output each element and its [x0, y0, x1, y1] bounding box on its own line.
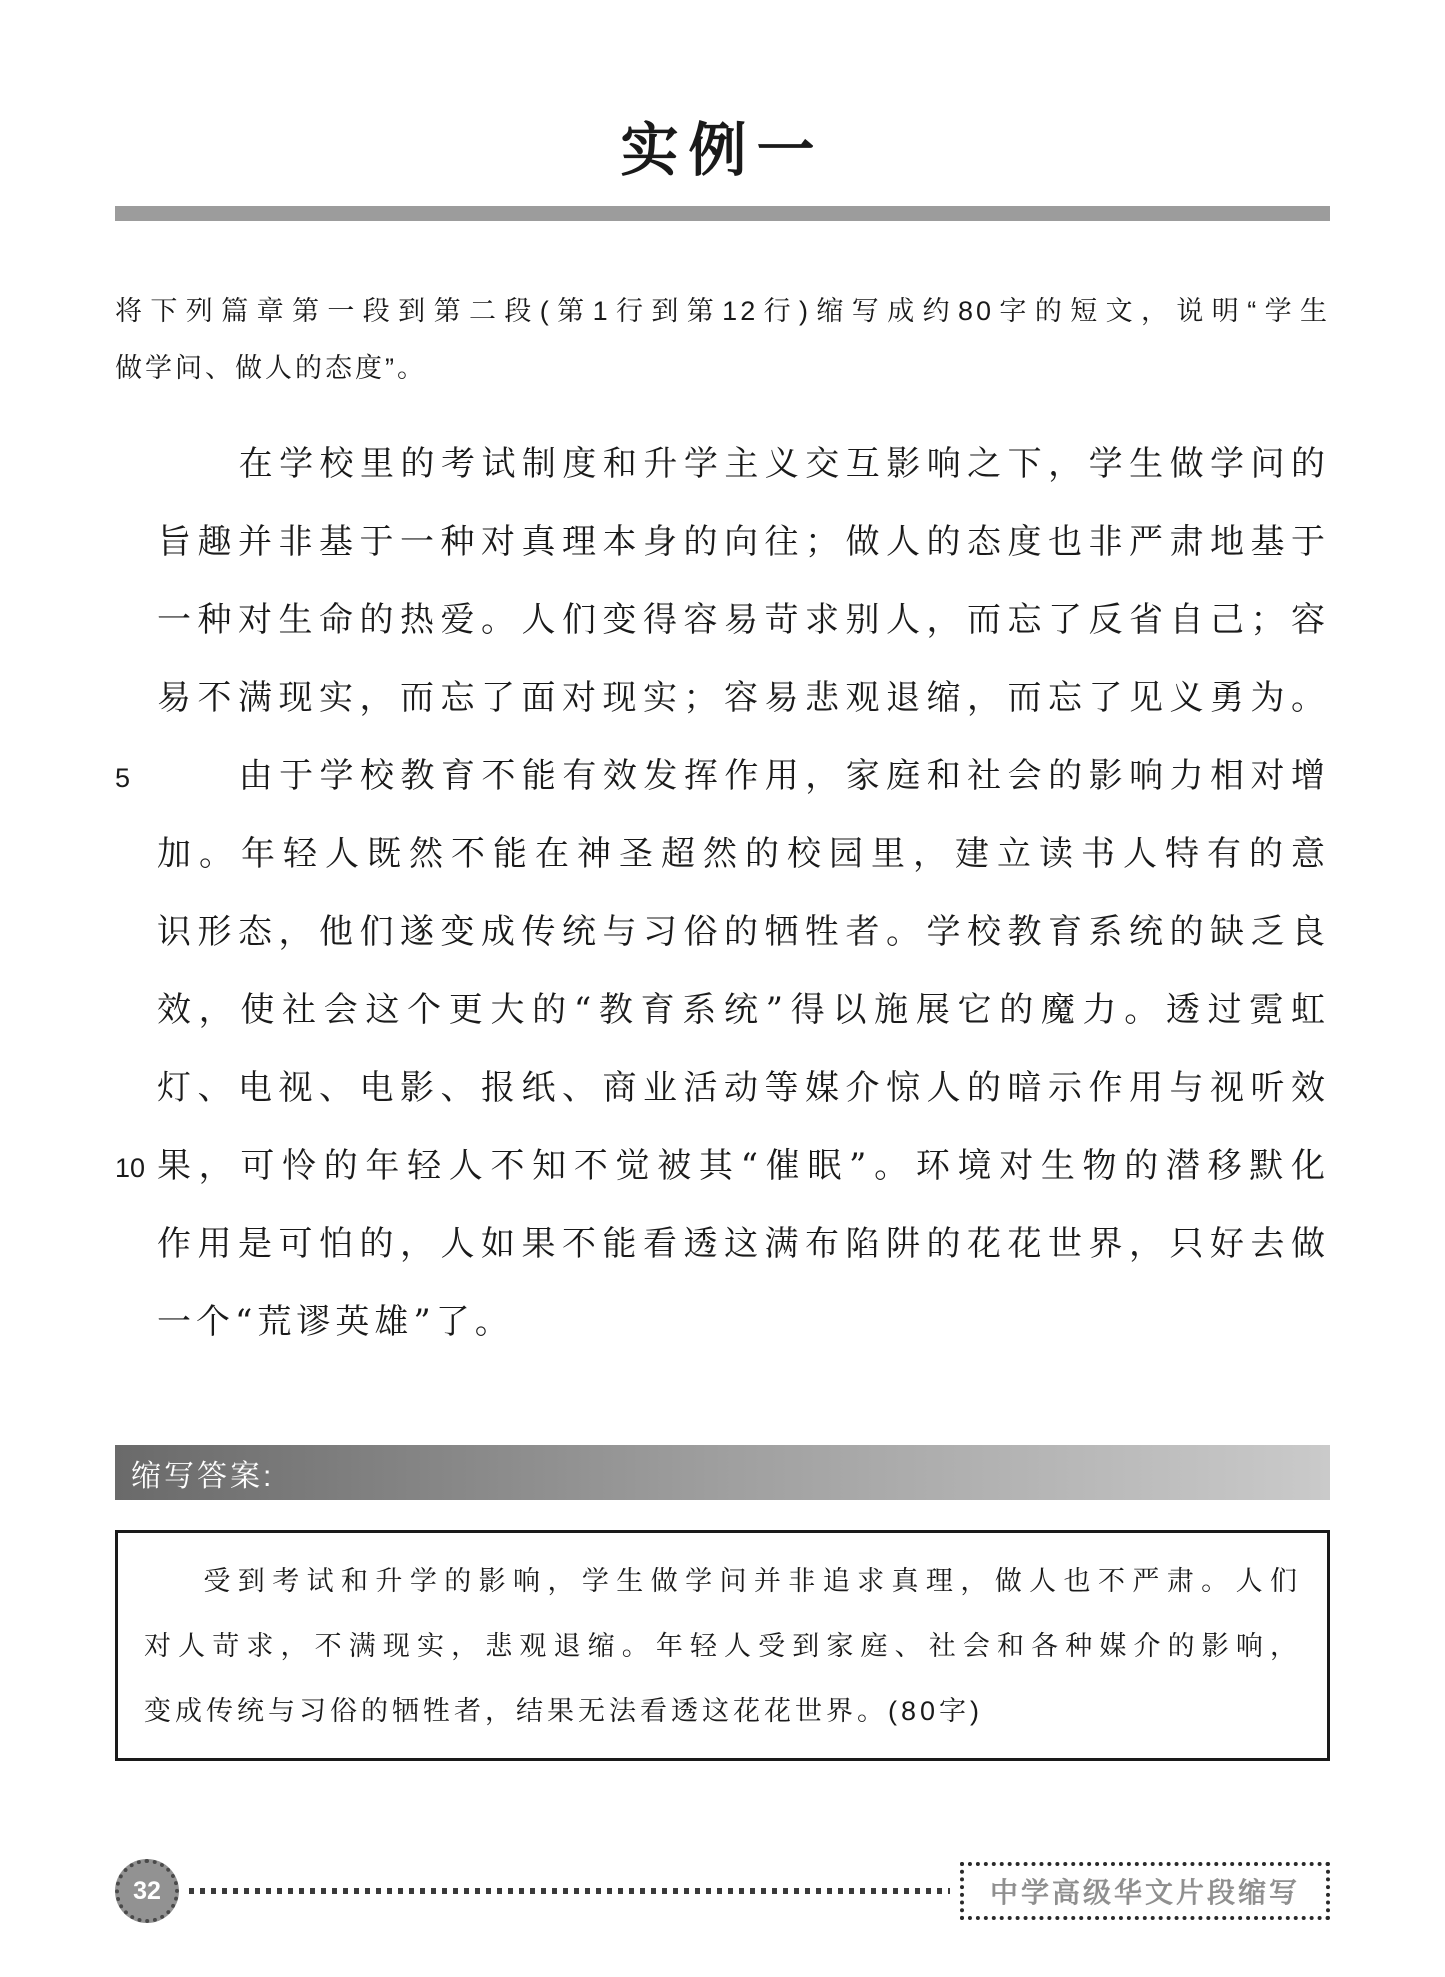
page-title: 实例一 — [115, 112, 1330, 190]
passage-line: 加。年轻人既然不能在神圣超然的校园里，建立读书人特有的意 — [157, 815, 1330, 893]
passage-row: 一个“荒谬英雄”了。 — [115, 1283, 1330, 1361]
passage-row: 效，使社会这个更大的“教育系统”得以施展它的魔力。透过霓虹 — [115, 971, 1330, 1049]
passage-line: 灯、电视、电影、报纸、商业活动等媒介惊人的暗示作用与视听效 — [157, 1049, 1330, 1127]
passage-row: 加。年轻人既然不能在神圣超然的校园里，建立读书人特有的意 — [115, 815, 1330, 893]
line-number-marker-5: 5 — [115, 739, 157, 817]
passage-row: 识形态，他们遂变成传统与习俗的牺牲者。学校教育系统的缺乏良 — [115, 893, 1330, 971]
passage-line: 一种对生命的热爱。人们变得容易苛求别人，而忘了反省自己；容 — [157, 581, 1330, 659]
page-number-badge: 32 — [115, 1859, 179, 1923]
passage-row: 旨趣并非基于一种对真理本身的向往；做人的态度也非严肃地基于 — [115, 503, 1330, 581]
book-title: 中学高级华文片段缩写 — [990, 1871, 1300, 1911]
passage-line: 在学校里的考试制度和升学主义交互影响之下，学生做学问的 — [157, 425, 1330, 503]
passage-row: 作用是可怕的，人如果不能看透这满布陷阱的花花世界，只好去做 — [115, 1205, 1330, 1283]
passage-line: 识形态，他们遂变成传统与习俗的牺牲者。学校教育系统的缺乏良 — [157, 893, 1330, 971]
answer-header-bar: 缩写答案: — [115, 1445, 1330, 1500]
textbook-page: 实例一 将下列篇章第一段到第二段(第1行到第12行)缩写成约80字的短文，说明“… — [0, 0, 1445, 1977]
passage-line: 果，可怜的年轻人不知不觉被其“催眠”。环境对生物的潜移默化 — [157, 1127, 1330, 1205]
passage: 在学校里的考试制度和升学主义交互影响之下，学生做学问的 旨趣并非基于一种对真理本… — [115, 425, 1330, 1361]
passage-row: 在学校里的考试制度和升学主义交互影响之下，学生做学问的 — [115, 425, 1330, 503]
answer-line: 对人苛求，不满现实，悲观退缩。年轻人受到家庭、社会和各种媒介的影响， — [144, 1614, 1301, 1679]
answer-header-label: 缩写答案: — [115, 1451, 274, 1495]
answer-line: 受到考试和升学的影响，学生做学问并非追求真理，做人也不严肃。人们 — [144, 1549, 1301, 1614]
passage-line: 一个“荒谬英雄”了。 — [157, 1283, 1330, 1361]
task-instruction: 将下列篇章第一段到第二段(第1行到第12行)缩写成约80字的短文，说明“学生 做… — [115, 283, 1330, 397]
passage-row: 易不满现实，而忘了面对现实；容易悲观退缩，而忘了见义勇为。 — [115, 659, 1330, 737]
passage-line: 作用是可怕的，人如果不能看透这满布陷阱的花花世界，只好去做 — [157, 1205, 1330, 1283]
passage-line: 由于学校教育不能有效发挥作用，家庭和社会的影响力相对增 — [157, 737, 1330, 815]
passage-line: 旨趣并非基于一种对真理本身的向往；做人的态度也非严肃地基于 — [157, 503, 1330, 581]
title-divider-bar — [115, 206, 1330, 221]
instruction-line: 做学问、做人的态度”。 — [115, 340, 1330, 397]
footer-dotted-leader — [189, 1888, 950, 1894]
passage-line: 易不满现实，而忘了面对现实；容易悲观退缩，而忘了见义勇为。 — [157, 659, 1330, 737]
answer-line: 变成传统与习俗的牺牲者，结果无法看透这花花世界。(80字) — [144, 1679, 1301, 1744]
instruction-line: 将下列篇章第一段到第二段(第1行到第12行)缩写成约80字的短文，说明“学生 — [115, 283, 1330, 340]
passage-row: 一种对生命的热爱。人们变得容易苛求别人，而忘了反省自己；容 — [115, 581, 1330, 659]
answer-box: 受到考试和升学的影响，学生做学问并非追求真理，做人也不严肃。人们 对人苛求，不满… — [115, 1530, 1330, 1761]
page-footer: 32 中学高级华文片段缩写 — [115, 1859, 1330, 1923]
book-title-box: 中学高级华文片段缩写 — [960, 1862, 1330, 1920]
passage-row: 5 由于学校教育不能有效发挥作用，家庭和社会的影响力相对增 — [115, 737, 1330, 815]
passage-line: 效，使社会这个更大的“教育系统”得以施展它的魔力。透过霓虹 — [157, 971, 1330, 1049]
line-number-marker-10: 10 — [115, 1129, 157, 1207]
passage-row: 10 果，可怜的年轻人不知不觉被其“催眠”。环境对生物的潜移默化 — [115, 1127, 1330, 1205]
passage-row: 灯、电视、电影、报纸、商业活动等媒介惊人的暗示作用与视听效 — [115, 1049, 1330, 1127]
